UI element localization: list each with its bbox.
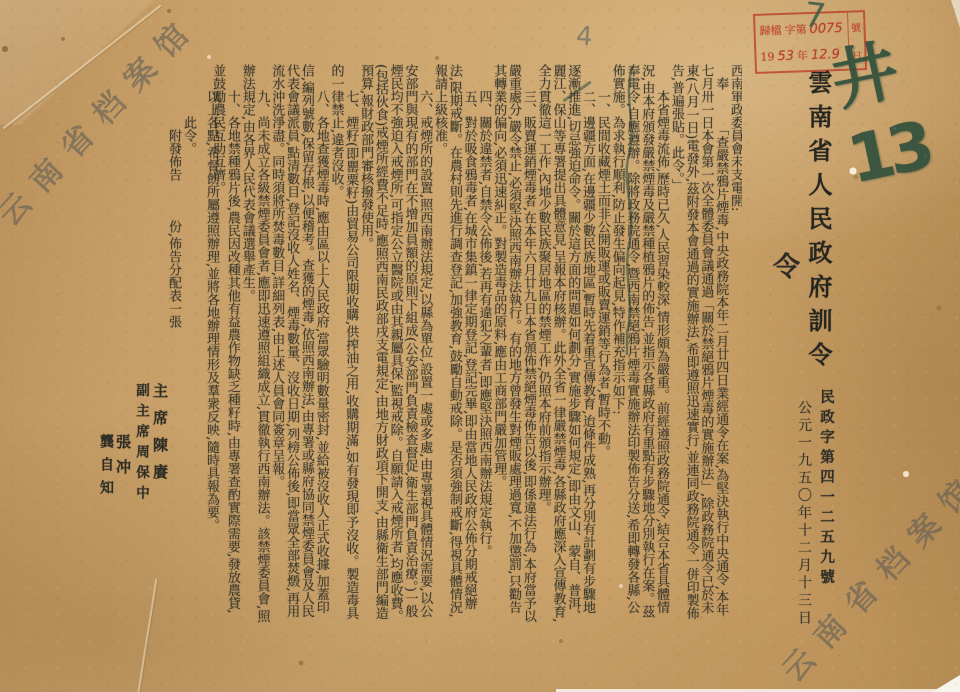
item-2: 二、邊疆方面,在邊疆少數民族地區,暫時先着重宣傳教育,迨條件成熟,再分別有計劃有… [535, 64, 594, 626]
item-1: 一、民間收藏煙土而非公開販運或販賣運銷等行為者,暫時不動。 [594, 64, 609, 626]
attachment-note: 附發佈告 份,佈告分配表一張 [164, 64, 183, 626]
document-date: 公元一九五〇年十二月十三日 [794, 400, 814, 628]
document-number: 民政字第四一二五九號 [816, 389, 837, 589]
paper-crease [137, 579, 158, 692]
signature-chairman: 主席陳賡 [150, 383, 171, 491]
stamp-year-handwritten: 53 [777, 48, 794, 64]
paper-fold-line [3, 5, 162, 130]
paper-speck [0, 0, 2, 2]
item-6: 六、戒煙所的設置,照西南辦法規定,以縣為單位,設置一處或多處,由專署視具體情況需… [357, 64, 431, 626]
closing-instruction: 以上各點,希督飭所屬遵照辦理,並將各地辦理情形及羣衆反映,隨時具報為要。 [202, 64, 221, 626]
scan-edge-corner [932, 675, 960, 692]
document-scan: 云南省档案馆 云南省档案馆 歸檔 字第 0075 19 53 年 12.9 號 … [0, 0, 960, 692]
item-7: 七、煙籽(即罌粟籽)由貿易公司限期收購,供搾油之用,收購期滿,如有發現即予沒收。… [328, 64, 358, 626]
item-4: 四、關於違禁者,自禁令公佈後,若再有違犯之輩者,即應堅決照西南辦法規定執行。 [476, 64, 491, 626]
document-body: 西南軍政委員會未支電開: 奉 「查嚴禁鴉片煙毒,中央政務院本年二月廿四日業經通令… [190, 64, 742, 626]
page-title: 雲南省人民政府訓令 [801, 70, 836, 376]
item-5: 五、對於吸食鴉毒者,在城市集鎮一律定期登記,登記完畢,即由當地人民政府公佈分期戒… [431, 64, 475, 626]
paper-fold-corner [0, 0, 160, 125]
salutation: 西南軍政委員會未支電開: [727, 64, 742, 626]
item-8: 八、各地查獲煙毒時,應由區以上人民政府,當眾驗明數量密封,並給被沒收人正式收據,… [269, 64, 328, 626]
pencil-annotation: 4 [575, 21, 594, 52]
decree-character: 令 [764, 252, 803, 279]
signature-gong-zizhi: 龔自知 [96, 434, 116, 503]
stamp-guidang-label: 歸檔 [759, 22, 782, 39]
preamble-paragraph: 本省煙毒流佈,歷時已久,人民習染較深,情形頗為嚴重。前經遵照政務院通令,結合本省… [609, 64, 668, 626]
signature-zhang-chong: 張冲 [113, 434, 134, 484]
quoted-telegram: 奉 「查嚴禁鴉片煙毒,中央政務院本年二月廿四日業經通令在案,為堅決執行中央通令,… [668, 64, 727, 626]
scan-edge-top-right [951, 0, 960, 28]
signature-vice-chairman: 副主席周保中 [131, 383, 151, 506]
stamp-year-prefix: 19 [760, 50, 774, 63]
item-3: 三、販賣運銷煙毒者,在本年六月廿九日本省頒佈禁絕煙毒佈告以後,即係違法行為,本府… [490, 64, 534, 626]
stamp-year-char: 年 [797, 47, 809, 63]
item-9: 九、尚未成立各級禁煙委員會者,應即迅速遵照組織成立,貫徹執行西南辦法。該禁煙委員… [239, 64, 269, 626]
brush-annotation: 井13 [821, 5, 960, 199]
